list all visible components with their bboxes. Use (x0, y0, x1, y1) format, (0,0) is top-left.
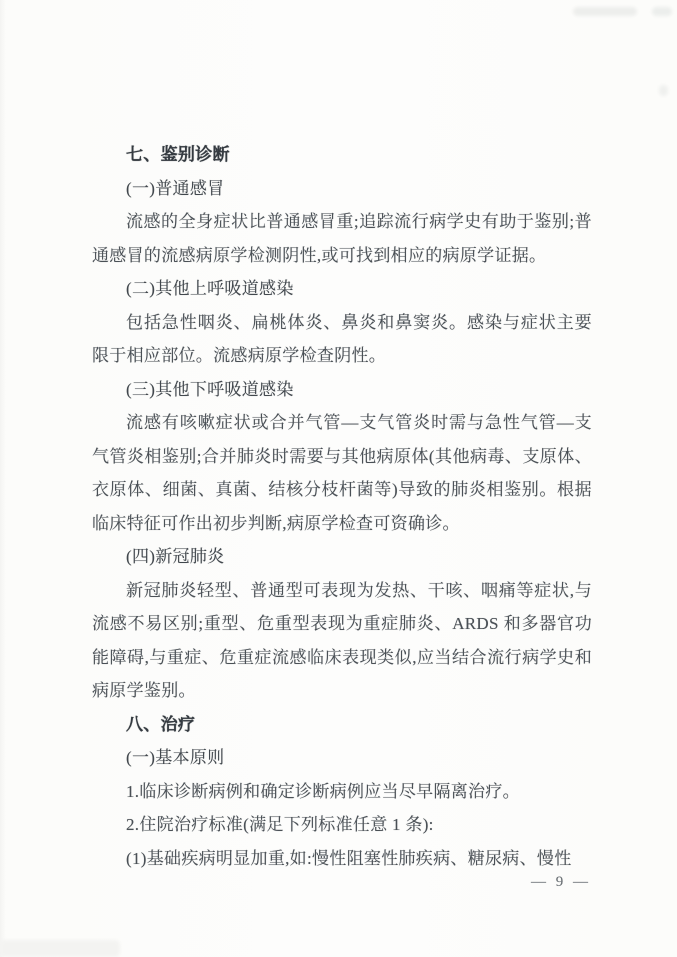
subheading-other-lower-respiratory-infection: (三)其他下呼吸道感染 (92, 373, 592, 407)
para-other-lower-respiratory-infection: 流感有咳嗽症状或合并气管—支气管炎时需与急性气管—支气管炎相鉴别;合并肺炎时需要… (92, 406, 592, 540)
document-text-block: 七、鉴别诊断 (一)普通感冒 流感的全身症状比普通感冒重;追踪流行病学史有助于鉴… (92, 138, 592, 875)
subheading-covid19-pneumonia: (四)新冠肺炎 (92, 540, 592, 574)
para-other-upper-respiratory-infection: 包括急性咽炎、扁桃体炎、鼻炎和鼻窦炎。感染与症状主要限于相应部位。流感病原学检查… (92, 306, 592, 373)
subheading-basic-principles: (一)基本原则 (92, 741, 592, 775)
scan-artifact-smudge (0, 940, 120, 957)
list-item-1-early-isolation: 1.临床诊断病例和确定诊断病例应当尽早隔离治疗。 (92, 775, 592, 809)
scan-artifact-smudge (573, 7, 637, 16)
subheading-common-cold: (一)普通感冒 (92, 172, 592, 206)
subheading-other-upper-respiratory-infection: (二)其他上呼吸道感染 (92, 272, 592, 306)
para-common-cold: 流感的全身症状比普通感冒重;追踪流行病学史有助于鉴别;普通感冒的流感病原学检测阴… (92, 205, 592, 272)
scan-artifact-smudge (659, 85, 668, 96)
list-item-2-1-underlying-disease: (1)基础疾病明显加重,如:慢性阻塞性肺疾病、糖尿病、慢性 (92, 842, 592, 876)
page-number: — 9 — (531, 871, 591, 893)
heading-treatment: 八、治疗 (92, 708, 592, 742)
para-covid19-pneumonia: 新冠肺炎轻型、普通型可表现为发热、干咳、咽痛等症状,与流感不易区别;重型、危重型… (92, 574, 592, 708)
heading-differential-diagnosis: 七、鉴别诊断 (92, 138, 592, 172)
scan-artifact-smudge (652, 7, 672, 16)
list-item-2-hospitalization-criteria: 2.住院治疗标准(满足下列标准任意 1 条): (92, 808, 592, 842)
